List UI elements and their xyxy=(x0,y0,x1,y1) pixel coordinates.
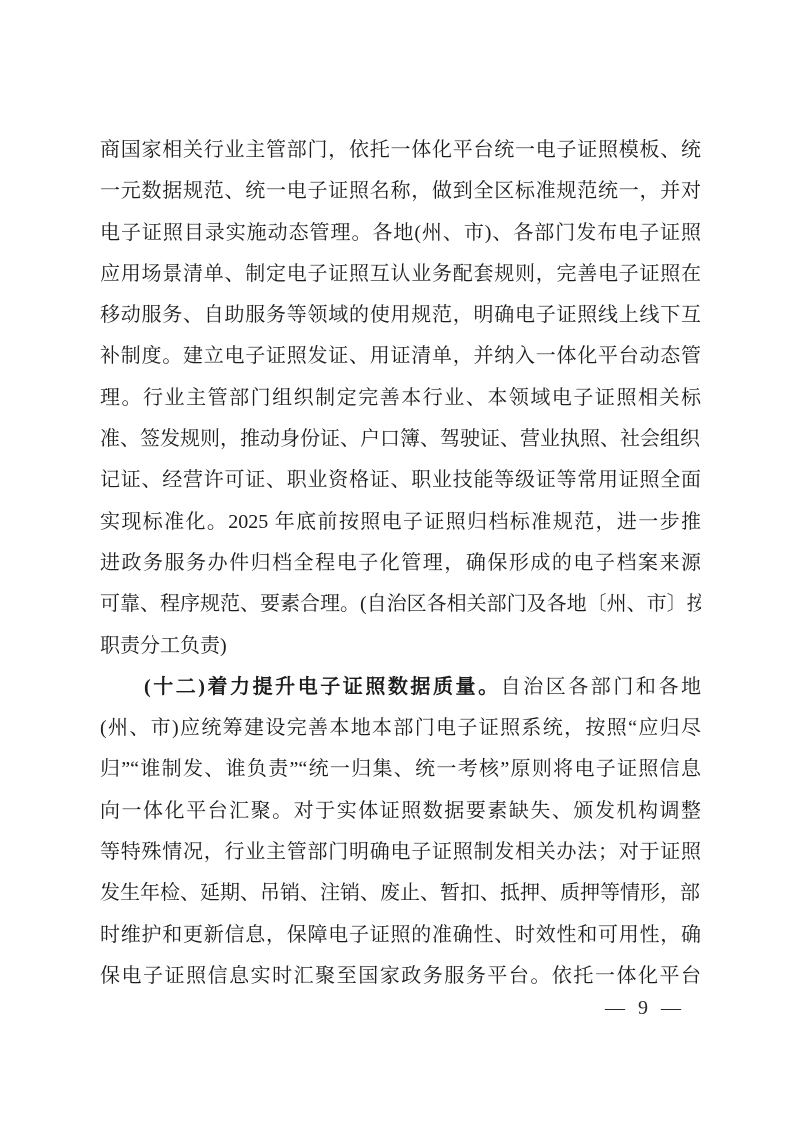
text-line: 电子证照目录实施动态管理。各地(州、市)、各部门发布电子证照 xyxy=(100,213,701,254)
text-line: 准、签发规则，推动身份证、户口簿、驾驶证、营业执照、社会组织登 xyxy=(100,419,701,460)
text-line: 保电子证照信息实时汇聚至国家政务服务平台。依托一体化平台 xyxy=(100,956,701,997)
page-number: — 9 — xyxy=(605,996,685,1020)
section-12-first-line: (十二)着力提升电子证照数据质量。自治区各部门和各地 xyxy=(100,667,701,708)
text-line: 时维护和更新信息，保障电子证照的准确性、时效性和可用性，确 xyxy=(100,915,701,956)
text-line: 记证、经营许可证、职业资格证、职业技能等级证等常用证照全面 xyxy=(100,460,701,501)
text-line: 一元数据规范、统一电子证照名称，做到全区标准规范统一，并对 xyxy=(100,171,701,212)
text-line: 补制度。建立电子证照发证、用证清单，并纳入一体化平台动态管 xyxy=(100,336,701,377)
section-12-heading: (十二)着力提升电子证照数据质量。 xyxy=(144,676,501,698)
text-line: 发生年检、延期、吊销、注销、废止、暂扣、抵押、质押等情形，部门及 xyxy=(100,873,701,914)
text-line: 等特殊情况，行业主管部门明确电子证照制发相关办法；对于证照 xyxy=(100,832,701,873)
text-line: 理。行业主管部门组织制定完善本行业、本领域电子证照相关标 xyxy=(100,378,701,419)
text-line: 移动服务、自助服务等领域的使用规范，明确电子证照线上线下互 xyxy=(100,295,701,336)
text-line: 向一体化平台汇聚。对于实体证照数据要素缺失、颁发机构调整 xyxy=(100,791,701,832)
text-line: 应用场景清单、制定电子证照互认业务配套规则，完善电子证照在 xyxy=(100,254,701,295)
body-text: 商国家相关行业主管部门，依托一体化平台统一电子证照模板、统 一元数据规范、统一电… xyxy=(100,130,701,997)
text-line: 商国家相关行业主管部门，依托一体化平台统一电子证照模板、统 xyxy=(100,130,701,171)
text-line: 可靠、程序规范、要素合理。(自治区各相关部门及各地〔州、市〕按 xyxy=(100,584,701,625)
paragraph-end-line: 职责分工负责) xyxy=(100,626,701,667)
text-line: 进政务服务办件归档全程电子化管理，确保形成的电子档案来源 xyxy=(100,543,701,584)
text-line: (州、市)应统筹建设完善本地本部门电子证照系统，按照“应归尽 xyxy=(100,708,701,749)
section-12-first-line-rest: 自治区各部门和各地 xyxy=(501,676,701,698)
text-line: 归”“谁制发、谁负责”“统一归集、统一考核”原则将电子证照信息 xyxy=(100,749,701,790)
text-line: 实现标准化。2025 年底前按照电子证照归档标准规范，进一步推 xyxy=(100,502,701,543)
document-page: 商国家相关行业主管部门，依托一体化平台统一电子证照模板、统 一元数据规范、统一电… xyxy=(0,0,793,1122)
